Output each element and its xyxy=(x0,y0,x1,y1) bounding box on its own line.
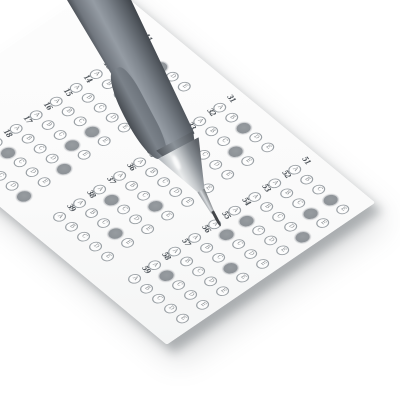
pencil-lead-icon xyxy=(211,211,222,227)
photo-scene: 11ABDE12ABCE13ABCDE14ABCDE15ABCE16ABCE17… xyxy=(0,0,400,400)
